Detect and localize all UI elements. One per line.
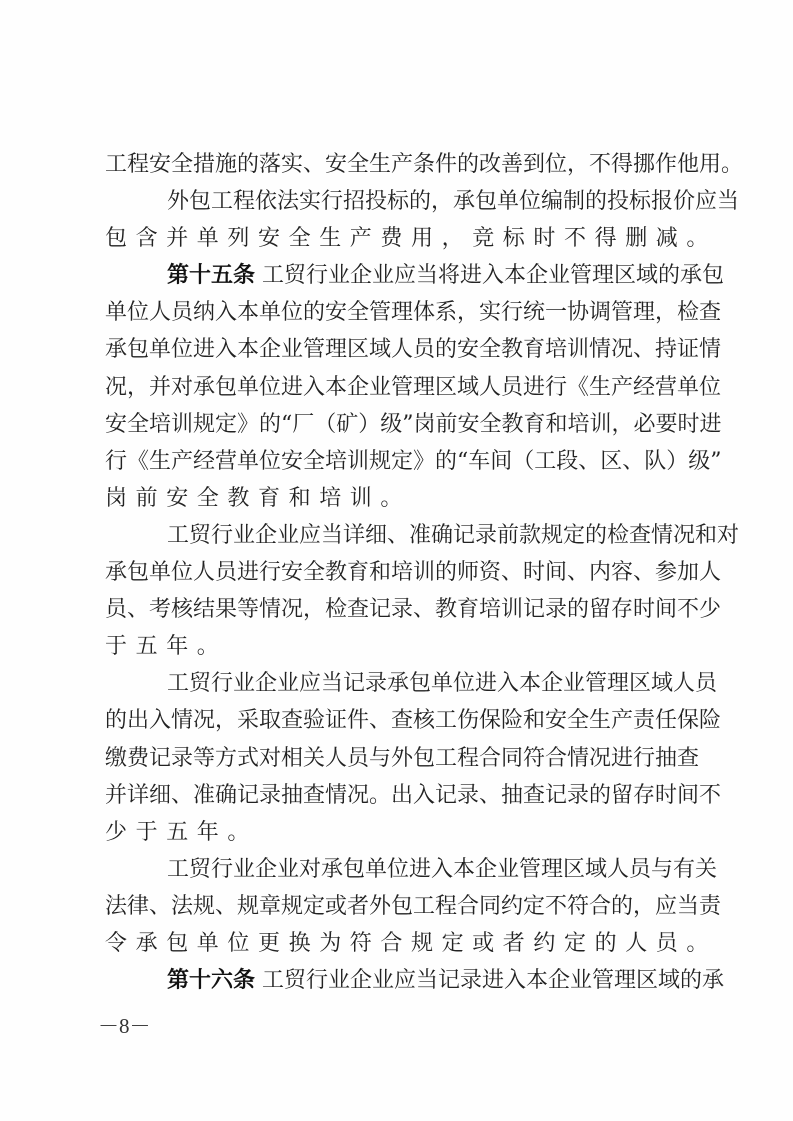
- text-line: 的出入情况，采取查验证件、查核工伤保险和安全生产责任保险: [105, 702, 692, 739]
- text-line: 安全培训规定》的“厂（矿）级”岗前安全教育和培训，必要时进: [105, 406, 692, 443]
- text-line: 承包单位进入本企业管理区域人员的安全教育培训情况、持证情: [105, 331, 692, 368]
- line-text: 工贸行业企业对承包单位进入本企业管理区域人员与有关: [167, 857, 717, 882]
- line-text: 令承包单位更换为符合规定或者约定的人员。: [105, 931, 717, 956]
- page-number: －8－: [98, 1010, 151, 1040]
- line-text: 法律、法规、规章规定或者外包工程合同约定不符合的，应当责: [105, 894, 721, 919]
- line-text: 工贸行业企业应当将进入本企业管理区域的承包: [255, 263, 724, 288]
- text-line: 并详细、准确记录抽查情况。出入记录、抽查记录的留存时间不: [105, 777, 692, 814]
- line-text: 工程安全措施的落实、安全生产条件的改善到位，不得挪作他用。: [105, 152, 743, 177]
- line-text: 安全培训规定》的“厂（矿）级”岗前安全教育和培训，必要时进: [105, 412, 722, 437]
- line-text: 工贸行业企业应当记录进入本企业管理区域的承: [255, 968, 724, 993]
- line-text: 外包工程依法实行招投标的，承包单位编制的投标报价应当: [167, 189, 739, 214]
- text-line: 工贸行业企业应当记录承包单位进入本企业管理区域人员: [105, 665, 692, 702]
- line-text: 单位人员纳入本单位的安全管理体系，实行统一协调管理，检查: [105, 300, 721, 325]
- line-text: 工贸行业企业应当记录承包单位进入本企业管理区域人员: [167, 671, 717, 696]
- line-text: 包含并单列安全生产费用，竞标时不得删减。: [105, 226, 717, 251]
- text-line: 缴费记录等方式对相关人员与外包工程合同符合情况进行抽查: [105, 740, 692, 777]
- text-line: 工程安全措施的落实、安全生产条件的改善到位，不得挪作他用。: [105, 146, 692, 183]
- line-text: 的出入情况，采取查验证件、查核工伤保险和安全生产责任保险: [105, 708, 721, 733]
- text-line: 员、考核结果等情况，检查记录、教育培训记录的留存时间不少: [105, 591, 692, 628]
- text-line: 包含并单列安全生产费用，竞标时不得删减。: [105, 220, 692, 257]
- text-line: 岗前安全教育和培训。: [105, 480, 692, 517]
- line-text: 少于五年。: [105, 820, 258, 845]
- document-body: 工程安全措施的落实、安全生产条件的改善到位，不得挪作他用。外包工程依法实行招投标…: [105, 146, 692, 999]
- line-text: 行《生产经营单位安全培训规定》的“车间（工段、区、队）级”: [105, 449, 722, 474]
- article-line: 第十六条 工贸行业企业应当记录进入本企业管理区域的承: [105, 962, 692, 999]
- text-line: 令承包单位更换为符合规定或者约定的人员。: [105, 925, 692, 962]
- text-line: 外包工程依法实行招投标的，承包单位编制的投标报价应当: [105, 183, 692, 220]
- text-line: 于五年。: [105, 628, 692, 665]
- line-text: 况，并对承包单位进入本企业管理区域人员进行《生产经营单位: [105, 375, 721, 400]
- text-line: 法律、法规、规章规定或者外包工程合同约定不符合的，应当责: [105, 888, 692, 925]
- text-line: 少于五年。: [105, 814, 692, 851]
- text-line: 行《生产经营单位安全培训规定》的“车间（工段、区、队）级”: [105, 443, 692, 480]
- line-text: 于五年。: [105, 634, 227, 659]
- text-line: 况，并对承包单位进入本企业管理区域人员进行《生产经营单位: [105, 369, 692, 406]
- text-line: 承包单位人员进行安全教育和培训的师资、时间、内容、参加人: [105, 554, 692, 591]
- text-line: 单位人员纳入本单位的安全管理体系，实行统一协调管理，检查: [105, 294, 692, 331]
- article-heading: 第十五条: [167, 263, 255, 288]
- line-text: 承包单位进入本企业管理区域人员的安全教育培训情况、持证情: [105, 337, 721, 362]
- document-page: 工程安全措施的落实、安全生产条件的改善到位，不得挪作他用。外包工程依法实行招投标…: [0, 0, 793, 1121]
- line-text: 员、考核结果等情况，检查记录、教育培训记录的留存时间不少: [105, 597, 721, 622]
- line-text: 缴费记录等方式对相关人员与外包工程合同符合情况进行抽查: [105, 746, 699, 771]
- line-text: 岗前安全教育和培训。: [105, 486, 411, 511]
- article-line: 第十五条 工贸行业企业应当将进入本企业管理区域的承包: [105, 257, 692, 294]
- text-line: 工贸行业企业对承包单位进入本企业管理区域人员与有关: [105, 851, 692, 888]
- line-text: 工贸行业企业应当详细、准确记录前款规定的检查情况和对: [167, 523, 739, 548]
- line-text: 承包单位人员进行安全教育和培训的师资、时间、内容、参加人: [105, 560, 721, 585]
- text-line: 工贸行业企业应当详细、准确记录前款规定的检查情况和对: [105, 517, 692, 554]
- line-text: 并详细、准确记录抽查情况。出入记录、抽查记录的留存时间不: [105, 783, 721, 808]
- article-heading: 第十六条: [167, 968, 255, 993]
